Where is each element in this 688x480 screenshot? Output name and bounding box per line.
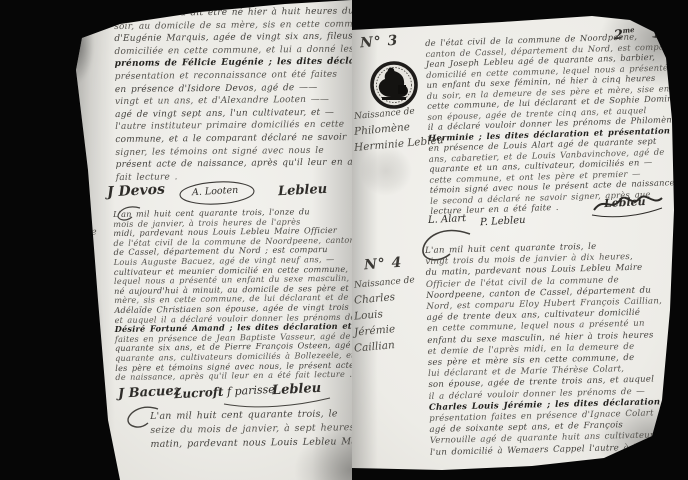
manuscript-line: matin, pardevant nous Louis Lebleu Maire…	[150, 434, 352, 452]
margin-name-line: Fortuné	[35, 255, 97, 276]
signature-lebleu-2: Lebleu	[272, 381, 322, 399]
margin-note-title: Naissance de	[36, 227, 97, 242]
act-ending-paragraph: et qu'il nous a dit être né hier à huit …	[114, 5, 352, 184]
signature-bacuez: J Bacuez	[118, 383, 182, 401]
margin-note-entry-2: Naissance de DésiréFortunéAmandBacuez	[36, 230, 97, 306]
entry-number-2: N° 2	[43, 205, 82, 224]
margin-name-line: Désiré	[35, 239, 97, 260]
birth-act-2-paragraph: L'an mil huit cent quarante trois, l'onz…	[113, 206, 352, 383]
entry-number-4: N° 4	[363, 255, 402, 274]
margin-name-line: Amand	[35, 271, 97, 292]
embossed-stamp-stain	[360, 146, 412, 196]
signature-lucroft: Lucroft	[174, 385, 224, 402]
signature-lebleu-1: Lebleu	[278, 182, 328, 200]
margin-name-line: Bacuez	[35, 287, 97, 308]
birth-act-3-paragraph: de l'état civil de la commune de Noordpe…	[425, 29, 688, 216]
entry-number-3: N° 3	[359, 33, 398, 52]
signature-alart: L. Alart	[428, 213, 467, 226]
next-act-opening-paragraph: L'an mil huit cent quarante trois, lesei…	[150, 406, 352, 452]
signature-p-lebleu: P. Lebleu	[480, 215, 526, 228]
birth-act-4-paragraph: L'an mil huit cent quarante trois, levin…	[425, 240, 686, 459]
left-page: et qu'il nous a dit être né hier à huit …	[0, 0, 352, 480]
signature-lebleu-3: Lebleu	[604, 195, 646, 210]
fiscal-stamp-icon	[370, 61, 418, 109]
margin-note-entry-4: Naissance de CharlesLouisJérémieCaillian	[354, 278, 415, 354]
manuscript-line: présent acte de naissance, après qu'il l…	[116, 156, 352, 171]
signature-devos: J Devos	[107, 181, 166, 200]
register-scan: et qu'il nous a dit être né hier à huit …	[0, 0, 688, 480]
right-page: 2me 1 N° 3 Naissance de PhilomèneHermini…	[352, 0, 688, 480]
